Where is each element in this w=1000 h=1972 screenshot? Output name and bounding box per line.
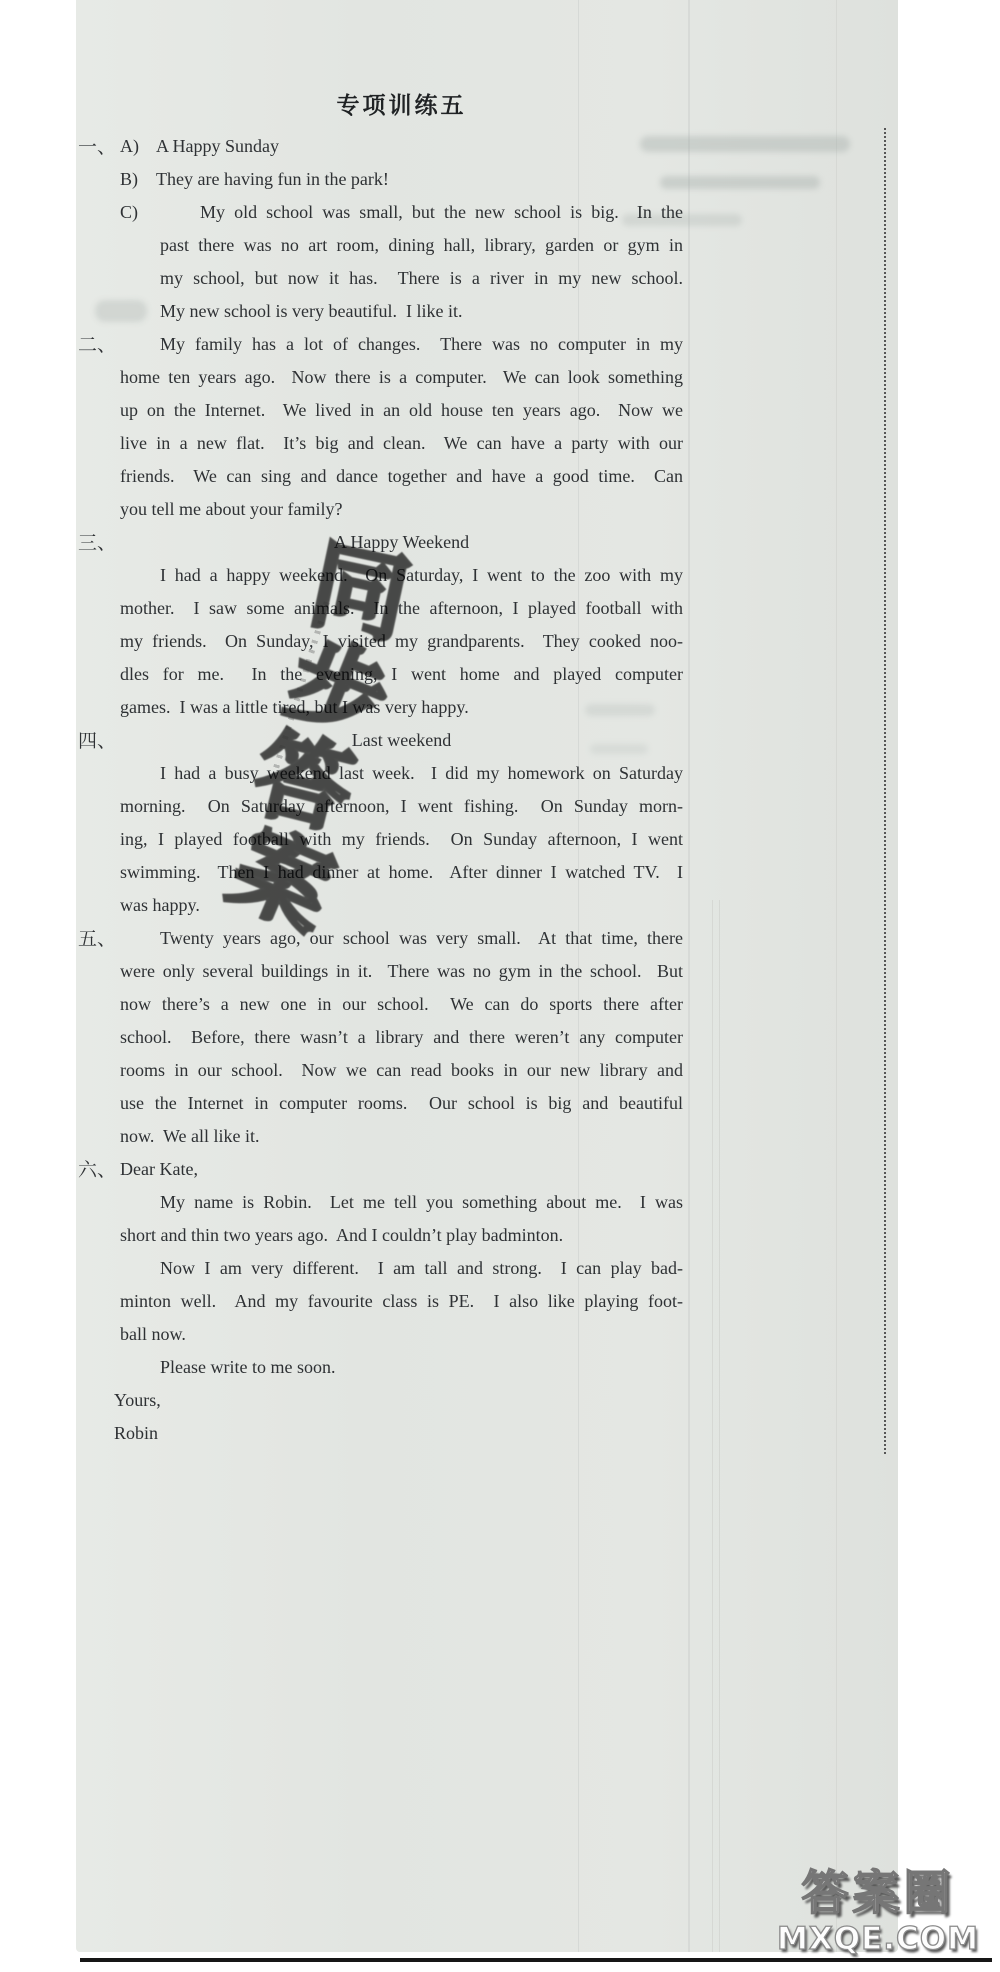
section-marker: 六、 bbox=[78, 1154, 116, 1187]
watermark-site-url: MXQE.COM bbox=[758, 1920, 998, 1958]
sections: 一、A)A Happy SundayB)They are having fun … bbox=[120, 130, 683, 1450]
text-line: Now I am very different. I am tall and s… bbox=[120, 1252, 683, 1285]
text-line: My new school is very beautiful. I like … bbox=[160, 295, 683, 328]
text-line: school. Before, there wasn’t a library a… bbox=[120, 1021, 683, 1054]
section: 五、Twenty years ago, our school was very … bbox=[120, 922, 683, 1153]
text-line: were only several buildings in it. There… bbox=[120, 955, 683, 988]
text-line: morning. On Saturday afternoon, I went f… bbox=[120, 790, 683, 823]
section: 一、A)A Happy SundayB)They are having fun … bbox=[120, 130, 683, 328]
text-line: ball now. bbox=[120, 1318, 683, 1351]
lettered-paragraph: C)My old school was small, but the new s… bbox=[120, 196, 683, 328]
text-line: minton well. And my favourite class is P… bbox=[120, 1285, 683, 1318]
text-line: My old school was small, but the new sch… bbox=[160, 196, 683, 229]
text-line: use the Internet in computer rooms. Our … bbox=[120, 1087, 683, 1120]
section: 四、Last weekendI had a busy weekend last … bbox=[120, 724, 683, 922]
scan-crease bbox=[712, 900, 713, 1952]
text-line: swimming. Then I had dinner at home. Aft… bbox=[120, 856, 683, 889]
text-line: live in a new flat. It’s big and clean. … bbox=[120, 427, 683, 460]
watermark-site-name: 答案圈 bbox=[758, 1868, 998, 1920]
site-watermark: 答案圈 MXQE.COM bbox=[758, 1868, 998, 1958]
text-line: A)A Happy Sunday bbox=[120, 130, 683, 163]
scan-canvas: 专项训练五 一、A)A Happy SundayB)They are havin… bbox=[0, 0, 1000, 1972]
item-label: C) bbox=[120, 196, 138, 229]
text-line: past there was no art room, dining hall,… bbox=[160, 229, 683, 262]
answer-text-column: 专项训练五 一、A)A Happy SundayB)They are havin… bbox=[120, 88, 683, 1450]
text-line: friends. We can sing and dance together … bbox=[120, 460, 683, 493]
scan-crease bbox=[719, 900, 720, 1952]
item-label: B) bbox=[120, 163, 156, 196]
item-text: They are having fun in the park! bbox=[156, 169, 389, 189]
item-label: A) bbox=[120, 130, 156, 163]
section-marker: 三、 bbox=[78, 527, 116, 560]
text-line: Dear Kate, bbox=[120, 1153, 683, 1186]
text-line: games. I was a little tired, but I was v… bbox=[120, 691, 683, 724]
section-marker: 二、 bbox=[78, 329, 116, 362]
text-line: rooms in our school. Now we can read boo… bbox=[120, 1054, 683, 1087]
text-line: I had a busy weekend last week. I did my… bbox=[120, 757, 683, 790]
text-line: now there’s a new one in our school. We … bbox=[120, 988, 683, 1021]
page-title: 专项训练五 bbox=[120, 88, 683, 124]
text-line: ing, I played football with my friends. … bbox=[120, 823, 683, 856]
text-line: up on the Internet. We lived in an old h… bbox=[120, 394, 683, 427]
item-text: A Happy Sunday bbox=[156, 136, 279, 156]
section-heading: Last weekend bbox=[120, 724, 683, 757]
section-marker: 五、 bbox=[78, 923, 116, 956]
section: 六、Dear Kate,My name is Robin. Let me tel… bbox=[120, 1153, 683, 1450]
signature-line: Yours, bbox=[114, 1384, 683, 1417]
dotted-margin-divider bbox=[884, 128, 886, 1454]
section-marker: 一、 bbox=[78, 131, 116, 164]
text-line: short and thin two years ago. And I coul… bbox=[120, 1219, 683, 1252]
text-line: you tell me about your family? bbox=[120, 493, 683, 526]
scan-crease bbox=[836, 0, 837, 1952]
bleedthrough-smudge bbox=[660, 176, 820, 189]
text-line: home ten years ago. Now there is a compu… bbox=[120, 361, 683, 394]
text-line: My name is Robin. Let me tell you someth… bbox=[120, 1186, 683, 1219]
section: 二、My family has a lot of changes. There … bbox=[120, 328, 683, 526]
scan-crease bbox=[688, 0, 690, 1952]
text-line: now. We all like it. bbox=[120, 1120, 683, 1153]
text-line: my school, but now it has. There is a ri… bbox=[160, 262, 683, 295]
signature-line: Robin bbox=[114, 1417, 683, 1450]
text-line: Twenty years ago, our school was very sm… bbox=[120, 922, 683, 955]
page-bottom-rule bbox=[80, 1958, 992, 1962]
text-line: My family has a lot of changes. There wa… bbox=[120, 328, 683, 361]
section-marker: 四、 bbox=[78, 725, 116, 758]
text-line: Please write to me soon. bbox=[120, 1351, 683, 1384]
text-line: B)They are having fun in the park! bbox=[120, 163, 683, 196]
